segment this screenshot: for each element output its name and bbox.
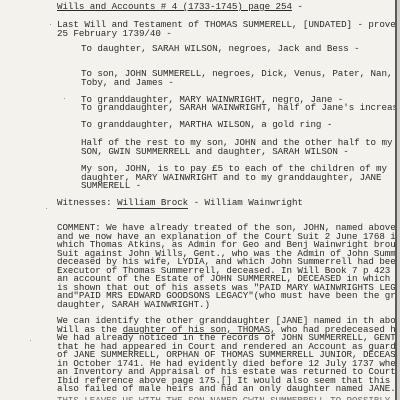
header-title: Wills and Accounts # 4 (1733-1745) page …	[57, 1, 292, 12]
bequest-item: To granddaughter, SARAH WAINWRIGHT, half…	[81, 104, 400, 112]
witness-name: William Brock	[117, 197, 188, 209]
document-header: Wills and Accounts # 4 (1733-1745) page …	[57, 3, 303, 11]
witnesses-label: Witnesses:	[57, 197, 117, 208]
scan-speck	[30, 340, 31, 341]
bequest-item-cont: SUMMERELL -	[81, 182, 141, 190]
bequest-item: To granddaughter, MARTHA WILSON, a gold …	[81, 121, 332, 129]
scan-speck	[64, 98, 65, 99]
document-page: Wills and Accounts # 4 (1733-1745) page …	[0, 0, 396, 400]
witnesses-line: Witnesses: William Brock - William Wainw…	[57, 199, 303, 207]
bequest-item-cont: Toby, and James -	[81, 79, 174, 87]
will-title-line-2: 25 February 1739/40 -	[57, 30, 172, 38]
scan-speck	[46, 208, 47, 209]
comment-line: daughter, SARAH WAINWRIGHT.)	[57, 301, 210, 309]
header-suffix: -	[292, 1, 303, 12]
bequest-item: To daughter, SARAH WILSON, negroes, Jack…	[81, 45, 360, 53]
witness-separator: -	[188, 197, 204, 208]
bequest-item-cont: SON, GWIN SUMMERRELL and daughter, SARAH…	[81, 148, 349, 156]
paragraph-line: also failed of male heirs and had an onl…	[57, 385, 396, 393]
witness-name: William Wainwright	[205, 197, 303, 208]
scan-speck	[50, 24, 51, 25]
